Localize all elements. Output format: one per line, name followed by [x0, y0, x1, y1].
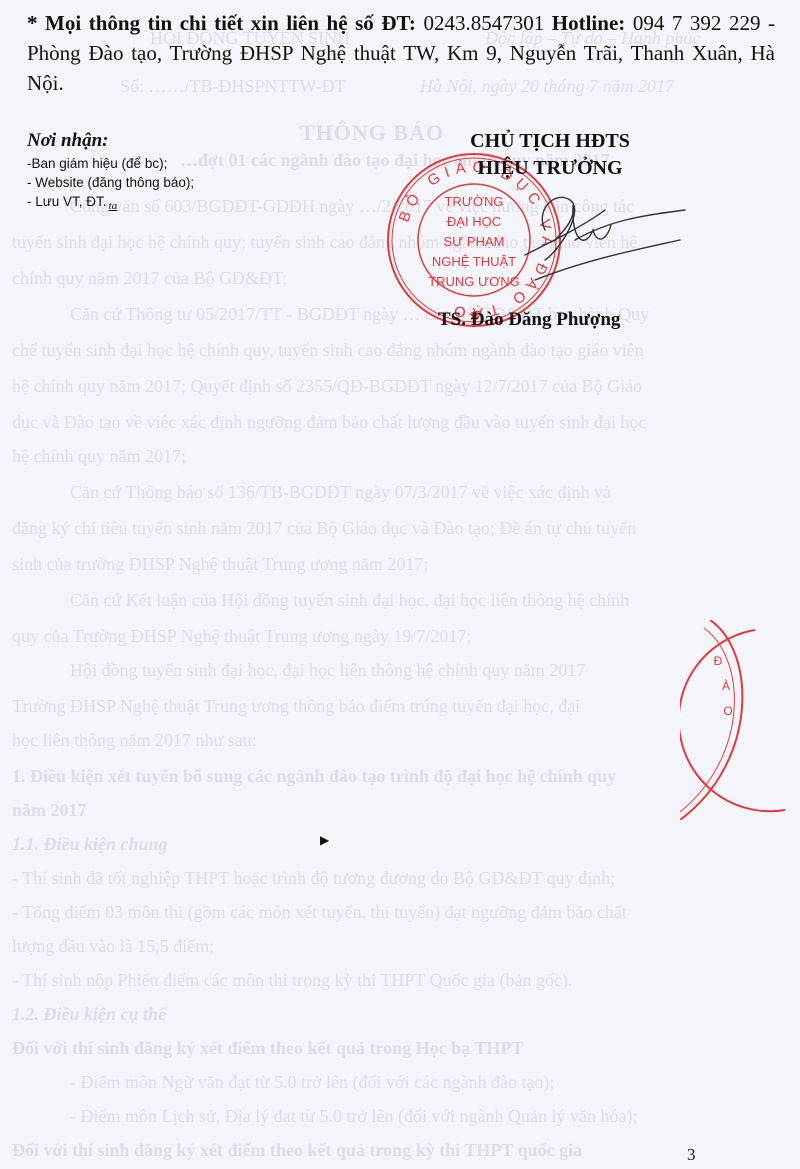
seal-line: ĐẠI HỌC	[447, 214, 501, 229]
recipient-item: -Ban giám hiệu (để bc);	[27, 154, 194, 173]
seal-line: TRUNG ƯƠNG	[428, 274, 520, 289]
recipient-item-text: - Lưu VT, ĐT.	[27, 194, 107, 209]
handwritten-initials: ta	[109, 200, 118, 212]
seal-line: NGHỆ THUẬT	[432, 254, 516, 269]
recipients-title: Nơi nhận:	[27, 130, 194, 152]
signer-role: CHỦ TỊCH HĐTS	[440, 128, 660, 155]
seal-line: SƯ PHẠM	[444, 234, 505, 249]
signer-name: TS. Đào Đăng Phượng	[438, 309, 620, 331]
contact-notice: * Mọi thông tin chi tiết xin liên hệ số …	[27, 8, 775, 98]
hotline-number: 094 7 392 229	[633, 11, 761, 35]
cursor-mark-icon: ▶	[320, 833, 329, 848]
seal-line: TRƯỜNG	[444, 194, 503, 209]
recipients-block: Nơi nhận: -Ban giám hiệu (để bc); - Webs…	[27, 130, 194, 216]
svg-text:À: À	[722, 678, 730, 693]
recipient-item: - Website (đăng thông báo);	[27, 173, 194, 192]
svg-text:O: O	[723, 704, 732, 718]
contact-prefix: * Mọi thông tin chi tiết xin liên hệ số …	[27, 11, 423, 35]
hotline-label: Hotline:	[544, 11, 633, 35]
contact-phone: 0243.8547301	[423, 11, 544, 35]
signature-icon	[515, 170, 695, 290]
svg-text:Đ: Đ	[714, 654, 723, 668]
recipient-item: - Lưu VT, ĐT.ta	[27, 192, 194, 216]
document-page: * Mọi thông tin chi tiết xin liên hệ số …	[0, 0, 800, 1169]
page-number: 3	[687, 1145, 696, 1165]
partial-seal-icon: ĐÀO	[680, 620, 800, 820]
